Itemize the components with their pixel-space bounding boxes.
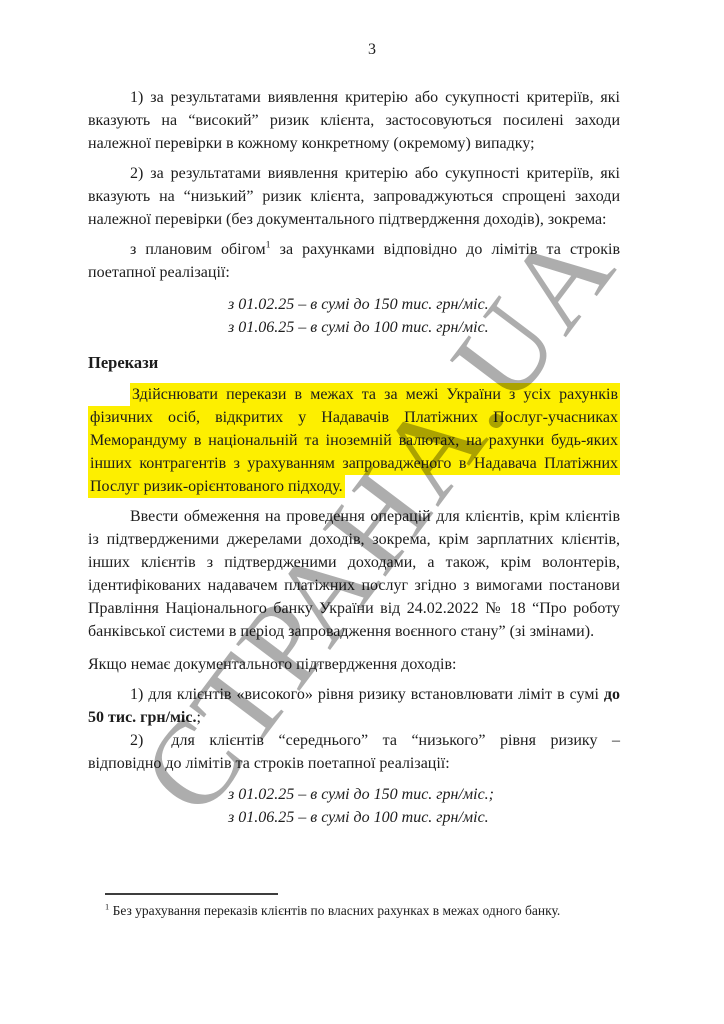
page-number: 3 (106, 38, 638, 61)
footnote-block: 1 Без урахування переказів клієнтів по в… (105, 893, 620, 919)
paragraph-no-income-proof: Якщо немає документального підтвердження… (88, 653, 620, 676)
footnote-separator-line (105, 893, 278, 895)
high-risk-limit-text: 1) для клієнтів «високого» рівня ризику … (130, 686, 604, 703)
limit-item-mid-low-risk: 2)для клієнтів “середнього” та “низького… (88, 729, 620, 775)
paragraph-high-risk-criteria: 1) за результатами виявлення критерію аб… (88, 86, 620, 155)
limit-line: з 01.02.25 – в сумі до 150 тис. грн/міс.… (228, 783, 620, 806)
paragraph-low-risk-criteria: 2) за результатами виявлення критерію аб… (88, 162, 620, 231)
limits-schedule-first: з 01.02.25 – в сумі до 150 тис. грн/міс.… (228, 293, 620, 339)
limit-line: з 01.06.25 – в сумі до 100 тис. грн/міс. (228, 806, 620, 829)
planned-turnover-text: з плановим обігом (130, 241, 266, 258)
limit-line: з 01.02.25 – в сумі до 150 тис. грн/міс. (228, 293, 620, 316)
footnote-text: 1 Без урахування переказів клієнтів по в… (105, 902, 620, 919)
paragraph-planned-turnover: з плановим обігом1 за рахунками відповід… (88, 238, 620, 284)
transfers-section-heading: Перекази (88, 351, 620, 374)
mid-low-risk-limit-text: для клієнтів “середнього” та “низького” … (88, 732, 620, 772)
high-risk-limit-suffix: ; (196, 709, 200, 726)
footnote-body: Без урахування переказів клієнтів по вла… (113, 903, 561, 918)
limit-item-high-risk: 1) для клієнтів «високого» рівня ризику … (88, 683, 620, 729)
yellow-highlight: Здійснювати перекази в межах та за межі … (88, 383, 620, 498)
item-marker: 2) (130, 732, 143, 749)
page-content: 3 1) за результатами виявлення критерію … (88, 38, 620, 829)
limit-line: з 01.06.25 – в сумі до 100 тис. грн/міс. (228, 316, 620, 339)
document-page: СТРАНА.UA 3 1) за результатами виявлення… (0, 0, 724, 1024)
footnote-number: 1 (105, 903, 109, 912)
limits-schedule-second: з 01.02.25 – в сумі до 150 тис. грн/міс.… (228, 783, 620, 829)
highlighted-paragraph: Здійснювати перекази в межах та за межі … (88, 383, 620, 498)
paragraph-operation-restrictions: Ввести обмеження на проведення операцій … (88, 505, 620, 643)
